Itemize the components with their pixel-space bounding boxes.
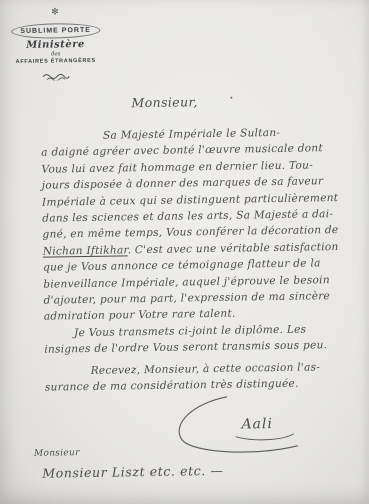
page-content: ✻ SUBLIME PORTE Ministère des AFFAIRES É… xyxy=(0,0,369,504)
underlined-text: Nichan Iftikhar xyxy=(43,244,128,257)
signature-block: Aali xyxy=(165,393,326,462)
letter-scan: ✻ SUBLIME PORTE Ministère des AFFAIRES É… xyxy=(0,0,369,504)
letterhead-stamp: ✻ SUBLIME PORTE Ministère des AFFAIRES É… xyxy=(11,7,100,86)
ink-speck xyxy=(230,97,232,99)
address-line-2: Monsieur Liszt etc. etc. — xyxy=(42,463,224,481)
letter-line: insignes de l'ordre Vous seront transmis… xyxy=(44,337,352,358)
address-line-1: Monsieur xyxy=(34,448,80,459)
ornament-icon: ✻ xyxy=(11,8,99,17)
signature-name: Aali xyxy=(241,416,273,432)
letterhead-ministry: Ministère xyxy=(11,39,99,51)
flourish-squiggle-icon xyxy=(12,65,100,85)
letterhead-title: SUBLIME PORTE xyxy=(11,23,100,39)
salutation: Monsieur, xyxy=(131,94,198,110)
letter-body: Sa Majesté Impériale le Sultan-a daigné … xyxy=(41,124,353,396)
